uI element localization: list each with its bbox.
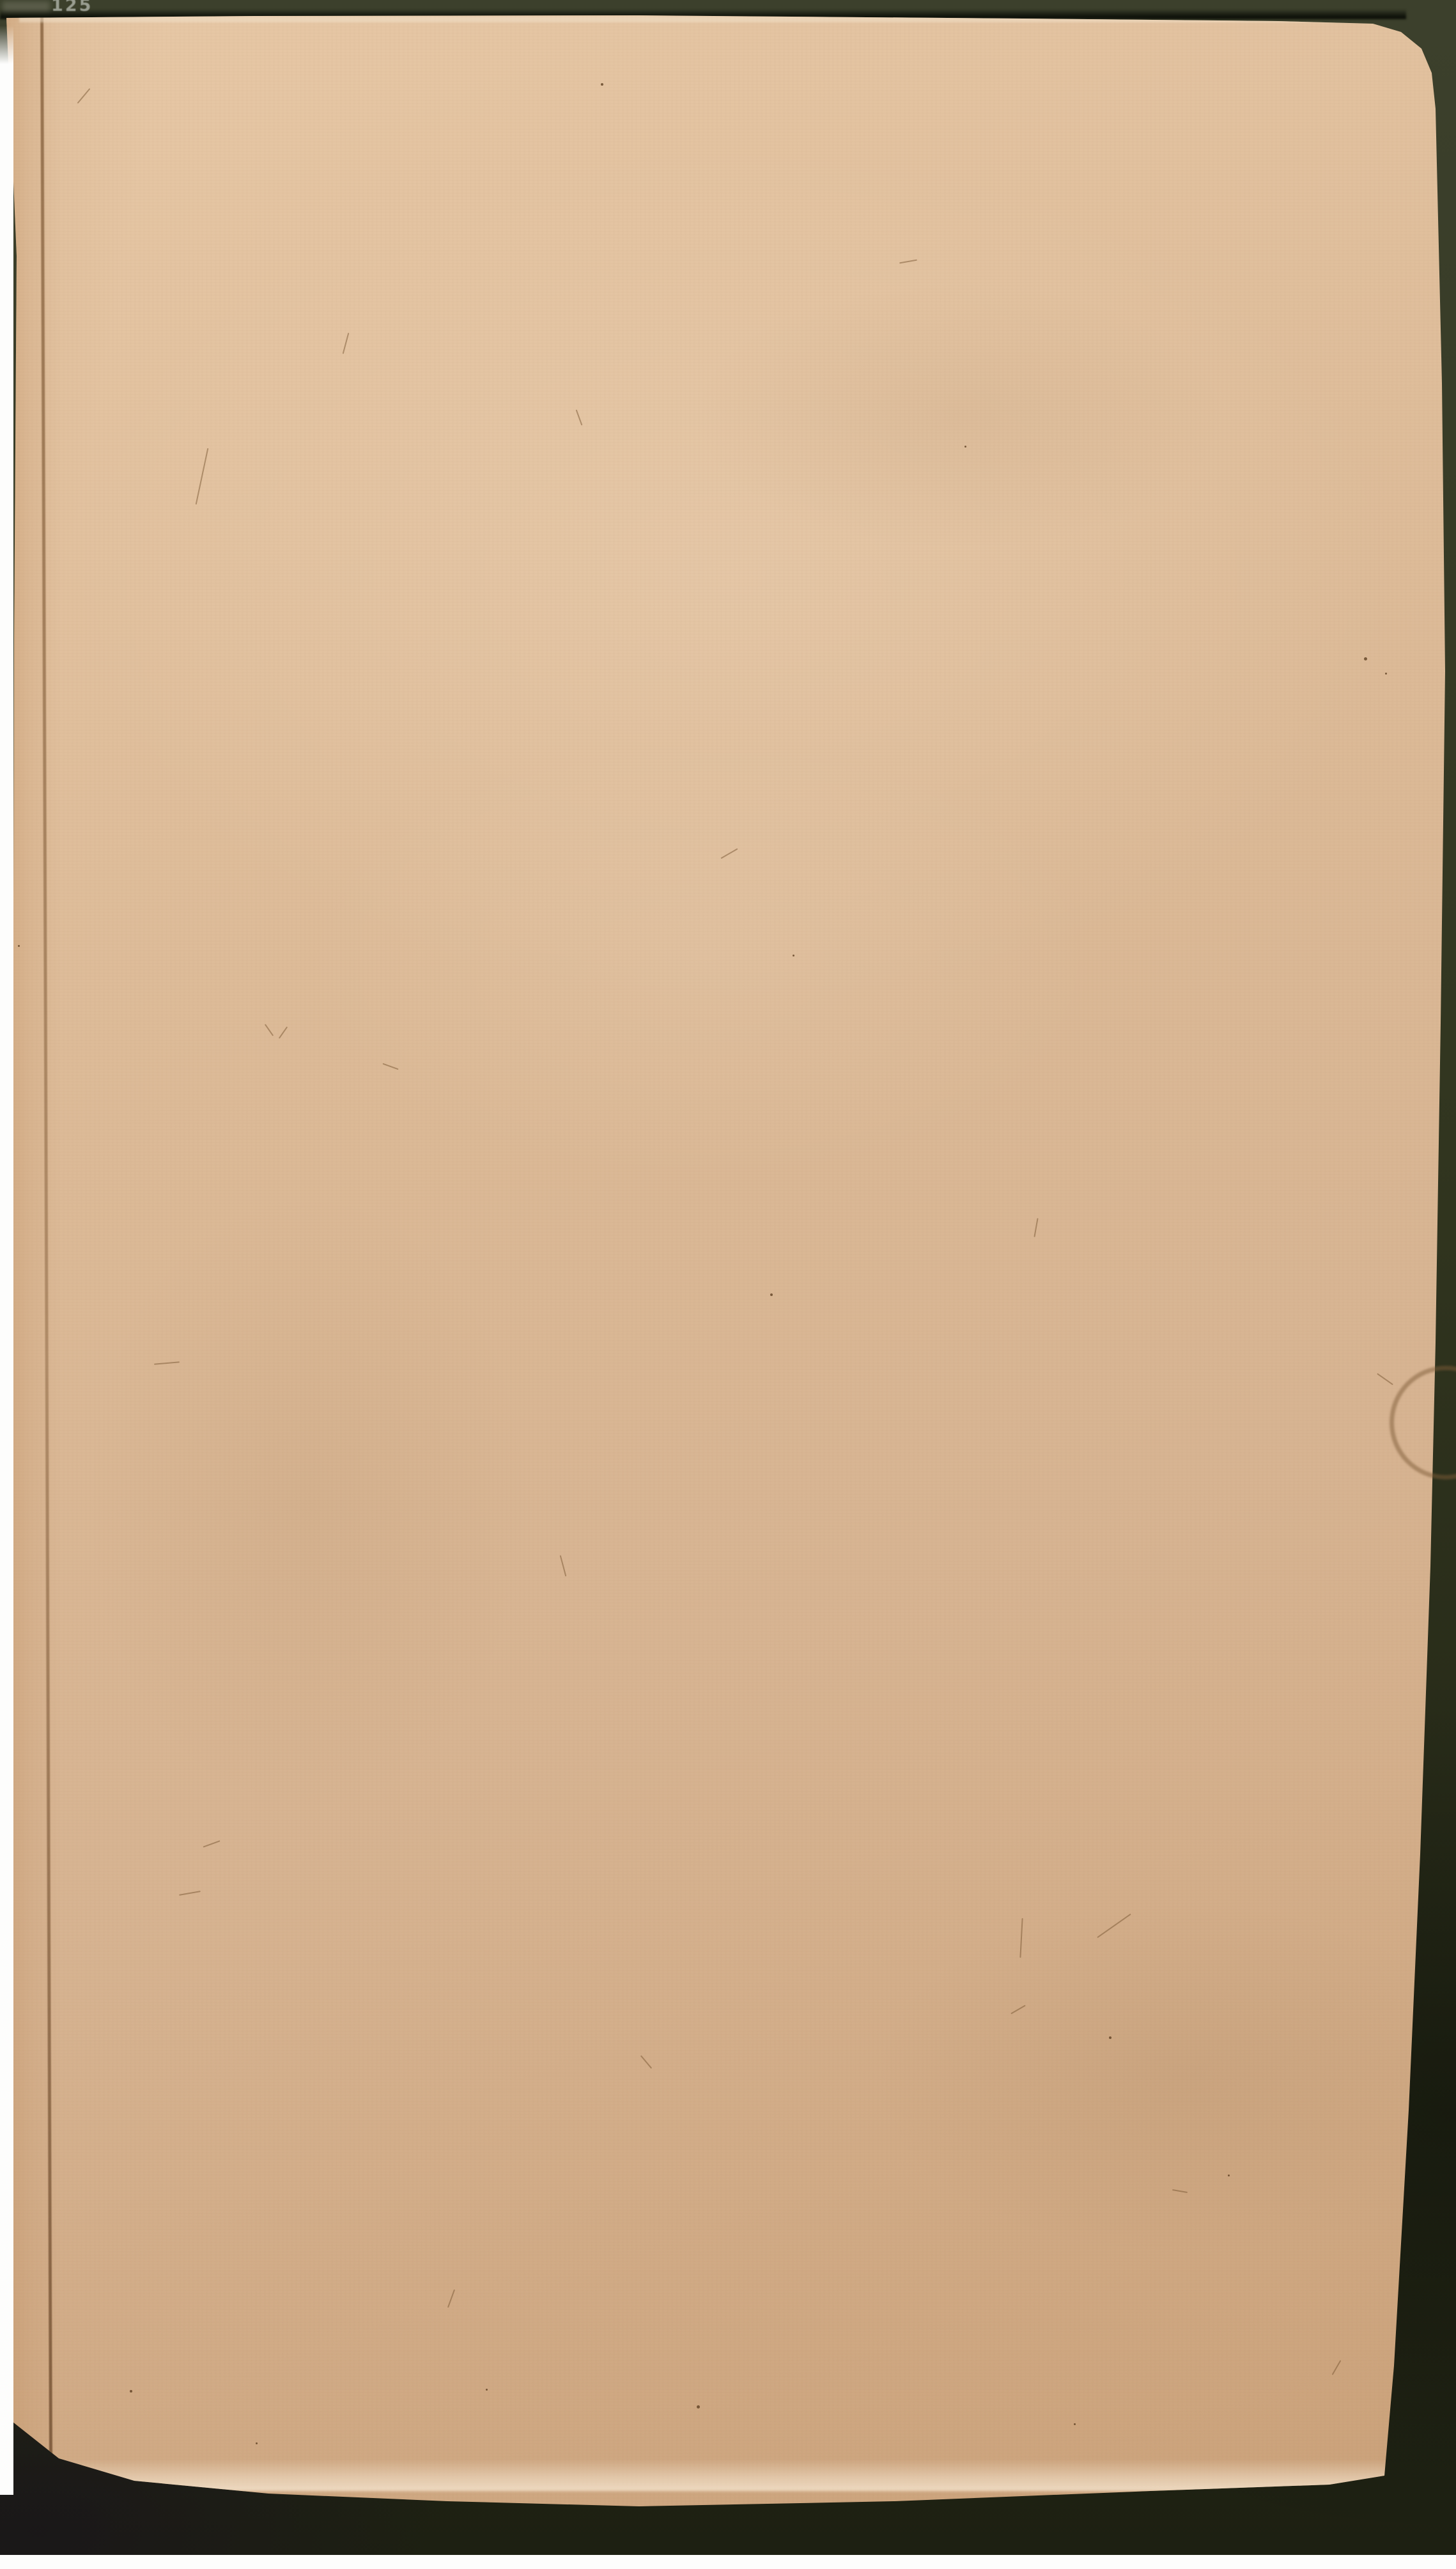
- paper-speck: [697, 2405, 700, 2409]
- paper-speck: [486, 2389, 488, 2391]
- page-sequence-label: 125: [51, 0, 93, 15]
- scan-margin-left: [0, 26, 13, 2495]
- paper-speck: [793, 955, 794, 957]
- paper-speck: [1074, 2423, 1076, 2425]
- paper-speck: [18, 945, 20, 947]
- paper-shading: [0, 0, 1456, 2569]
- paper-speck: [1364, 657, 1367, 660]
- page-paper: [0, 0, 1456, 2569]
- paper-speck: [964, 446, 966, 448]
- paper-speck: [130, 2390, 132, 2393]
- paper-speck: [1228, 2175, 1230, 2176]
- paper-speck: [601, 83, 603, 86]
- label-smudge: [3, 1, 50, 12]
- paper-speck: [1385, 673, 1387, 675]
- paper-bottom-highlight: [58, 2459, 1387, 2491]
- scanned-page-photo: 125: [0, 0, 1456, 2569]
- scan-margin-bottom: [0, 2555, 1456, 2569]
- paper-speck: [770, 1293, 773, 1296]
- paper-speck: [1109, 2036, 1111, 2039]
- paper-speck: [256, 2442, 258, 2444]
